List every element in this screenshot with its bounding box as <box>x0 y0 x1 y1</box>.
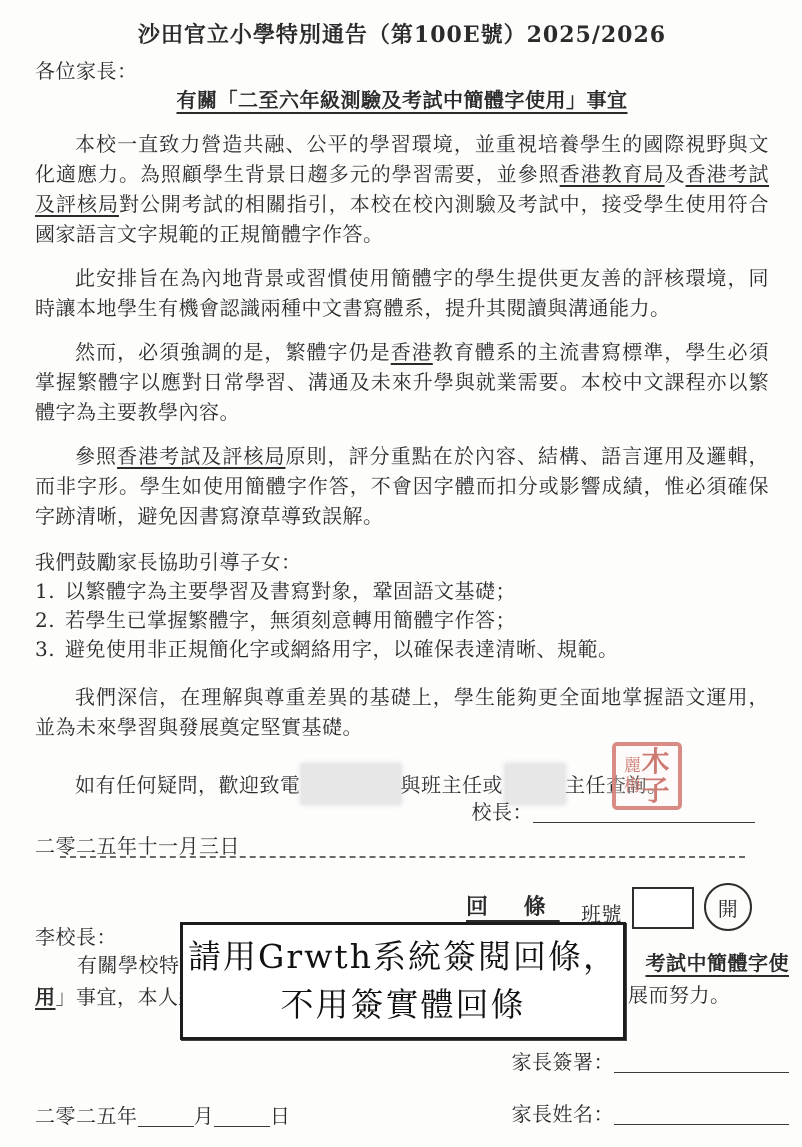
underlined-hkeaa-2: 香港考試及評核局 <box>117 444 285 468</box>
guidance-item-1-text: 以繁體字為主要學習及書寫對象，鞏固語文基礎； <box>65 577 516 606</box>
reply-line1-right-fragment: 考試中簡體字使 <box>646 950 790 976</box>
parent-name-label: 家長姓名： <box>512 1102 615 1126</box>
parent-signature-blank <box>614 1052 789 1073</box>
paragraph-1-tail: 對公開考試的相關指引，本校在校內測驗及考試中，接受學生使用符合國家語言文字規範的… <box>35 192 769 246</box>
guidance-item-3-text: 避免使用非正規簡化字或網絡用字，以確保表達清晰、規範。 <box>65 635 619 664</box>
reply-salutation: 李校長： <box>35 924 117 950</box>
notice-body: 沙田官立小學特別通告（第100E號）2025/2026 各位家長： 有關「二至六… <box>0 20 802 804</box>
salutation: 各位家長： <box>35 57 769 85</box>
redacted-phone-number <box>301 764 401 804</box>
reply-date-day-blank <box>214 1106 270 1127</box>
paragraph-2: 此安排旨在為內地背景或習慣使用簡體字的學生提供更友善的評核環境，同時讓本地學生有… <box>35 263 769 323</box>
reply-date-day-label: 日 <box>270 1104 291 1128</box>
reply-date-month-blank <box>138 1106 194 1127</box>
reply-slip-heading: 回 條 <box>466 890 560 921</box>
reply-date-row: 二零二五年月日 <box>35 1102 291 1130</box>
subject-heading-text: 有關「二至六年級測驗及考試中簡體字使用」事宜 <box>177 88 628 112</box>
reply-date-year: 二零二五年 <box>35 1104 138 1128</box>
principal-label: 校長： <box>472 800 534 824</box>
seal-char-muk: 木 <box>641 748 670 776</box>
class-number-box <box>632 887 694 929</box>
scanned-notice-page: 沙田官立小學特別通告（第100E號）2025/2026 各位家長： 有關「二至六… <box>0 0 802 1147</box>
reply-date-month-label: 月 <box>194 1104 215 1128</box>
paragraph-5: 我們深信，在理解與尊重差異的基礎上，學生能夠更全面地掌握語文運用，並為未來學習與… <box>35 682 769 742</box>
overlay-line-1: 請用Grwth系統簽閱回條， <box>188 937 618 977</box>
open-circle-badge: 開 <box>704 883 752 931</box>
parent-signature-row: 家長簽署： <box>512 1048 790 1076</box>
seal-char-mui: 梅 <box>624 778 642 795</box>
reply-slip-section: 回 條 班號 開 李校長： 有關學校特別 考試中簡體字使 用」事宜，本人經 展而… <box>0 880 802 1147</box>
paragraph-3: 然而，必須強調的是，繁體字仍是香港教育體系的主流書寫標準，學生必須掌握繁體字以應… <box>35 337 769 427</box>
subject-heading: 有關「二至六年級測驗及考試中簡體字使用」事宜 <box>35 85 769 115</box>
tear-off-dashed-line <box>60 856 745 858</box>
paragraph-3-text: 然而，必須強調的是，繁體字仍是 <box>75 340 391 364</box>
parent-name-row: 家長姓名： <box>512 1100 790 1128</box>
paragraph-1: 本校一直致力營造共融、公平的學習環境，並重視培養學生的國際視野與文化適應力。為照… <box>35 129 769 249</box>
guidance-item-1: 1. 以繁體字為主要學習及書寫對象，鞏固語文基礎； <box>35 577 769 606</box>
reply-line2-left-rest: 」事宜，本人經 <box>56 985 200 1009</box>
inquiry-text-1: 如有任何疑問，歡迎致電 <box>75 773 301 797</box>
seal-left-column: 麗 梅 <box>624 758 642 795</box>
guidance-item-2-text: 若學生已掌握繁體字，無須刻意轉用簡體字作答； <box>65 606 516 635</box>
seal-char-zi: 子 <box>641 777 670 805</box>
overlay-line-2: 不用簽實體回條 <box>281 985 526 1025</box>
reply-line2-left-fragment: 用」事宜，本人經 <box>35 984 199 1010</box>
paragraph-1-conj: 及 <box>665 162 686 186</box>
guidance-item-2: 2. 若學生已掌握繁體字，無須刻意轉用簡體字作答； <box>35 606 769 635</box>
seal-right-column: 木 子 <box>641 748 670 805</box>
parent-name-blank <box>614 1104 789 1125</box>
guidance-intro: 我們鼓勵家長協助引導子女： <box>35 547 769 577</box>
guidance-item-1-number: 1. <box>35 577 65 606</box>
paragraph-4-text: 參照 <box>75 444 117 468</box>
notice-title: 沙田官立小學特別通告（第100E號）2025/2026 <box>35 20 769 50</box>
seal-char-li: 麗 <box>624 758 642 775</box>
underlined-edb: 香港教育局 <box>560 162 665 186</box>
guidance-item-2-number: 2. <box>35 606 65 635</box>
parent-signature-label: 家長簽署： <box>512 1050 615 1074</box>
guidance-item-3: 3. 避免使用非正規簡化字或網絡用字，以確保表達清晰、規範。 <box>35 635 769 664</box>
paragraph-4: 參照香港考試及評核局原則，評分重點在於內容、結構、語言運用及邏輯，而非字形。學生… <box>35 441 769 531</box>
guidance-item-3-number: 3. <box>35 635 65 664</box>
reply-line2-underlined-char: 用 <box>35 985 56 1009</box>
grwth-instruction-overlay: 請用Grwth系統簽閱回條， 不用簽實體回條 <box>180 922 626 1040</box>
underlined-hongkong: 香港 <box>391 340 433 364</box>
reply-line2-right-fragment: 展而努力。 <box>628 982 731 1008</box>
open-circle-label: 開 <box>718 893 739 922</box>
principal-name-seal: 麗 梅 木 子 <box>612 742 682 810</box>
inquiry-text-2: 與班主任或 <box>401 773 504 797</box>
